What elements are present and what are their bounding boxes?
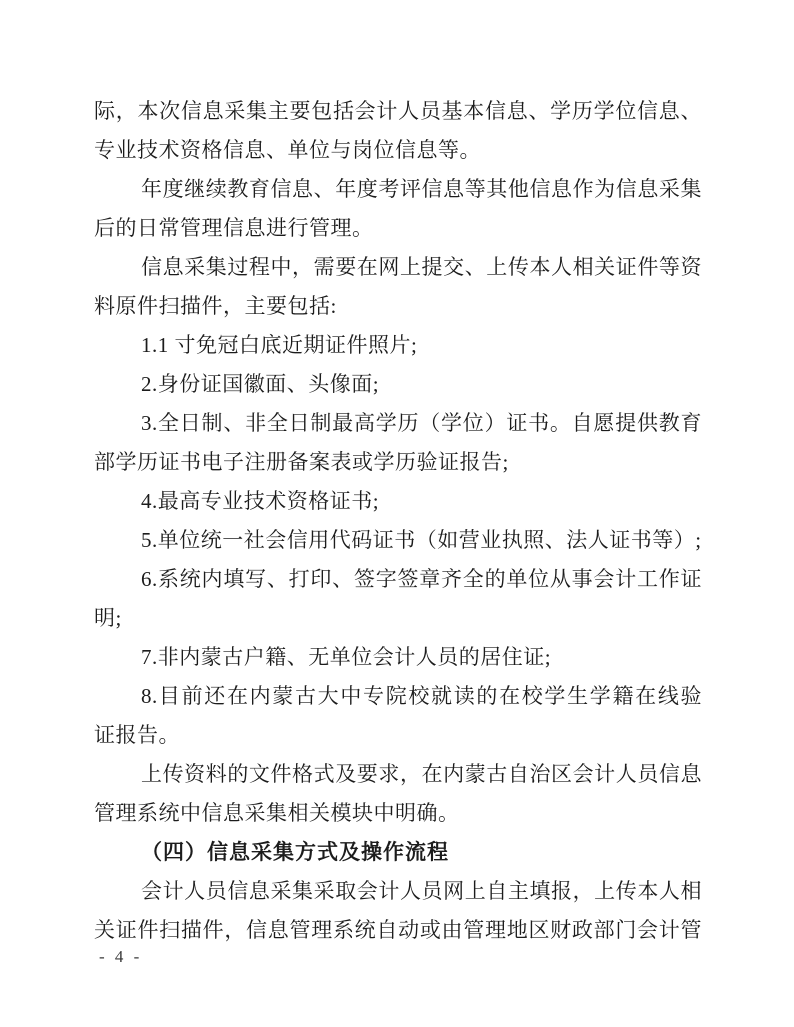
text-line: 信息采集过程中，需要在网上提交、上传本人相关证件等资 (94, 248, 702, 287)
list-item-8: 8.目前还在内蒙古大中专院校就读的在校学生学籍在线验 (94, 677, 702, 716)
text-line: 明; (94, 599, 702, 638)
text-line: 会计人员信息采集采取会计人员网上自主填报，上传本人相 (94, 872, 702, 911)
text-line: 年度继续教育信息、年度考评信息等其他信息作为信息采集 (94, 170, 702, 209)
list-item-1: 1.1 寸免冠白底近期证件照片; (94, 326, 702, 365)
list-item-5: 5.单位统一社会信用代码证书（如营业执照、法人证书等）; (94, 521, 702, 560)
text-line: 际，本次信息采集主要包括会计人员基本信息、学历学位信息、 (94, 92, 702, 131)
text-line: 证报告。 (94, 716, 702, 755)
text-line: 专业技术资格信息、单位与岗位信息等。 (94, 131, 702, 170)
text-line: 部学历证书电子注册备案表或学历验证报告; (94, 443, 702, 482)
list-item-2: 2.身份证国徽面、头像面; (94, 365, 702, 404)
text-line: 料原件扫描件，主要包括: (94, 287, 702, 326)
text-line: 管理系统中信息采集相关模块中明确。 (94, 794, 702, 833)
section-heading-4: （四）信息采集方式及操作流程 (94, 833, 702, 872)
list-item-4: 4.最高专业技术资格证书; (94, 482, 702, 521)
text-line: 关证件扫描件，信息管理系统自动或由管理地区财政部门会计管 (94, 911, 702, 950)
page-number: - 4 - (99, 944, 142, 970)
document-text-block: 际，本次信息采集主要包括会计人员基本信息、学历学位信息、 专业技术资格信息、单位… (94, 92, 702, 950)
text-line: 上传资料的文件格式及要求，在内蒙古自治区会计人员信息 (94, 755, 702, 794)
list-item-7: 7.非内蒙古户籍、无单位会计人员的居住证; (94, 638, 702, 677)
list-item-6: 6.系统内填写、打印、签字签章齐全的单位从事会计工作证 (94, 560, 702, 599)
text-line: 后的日常管理信息进行管理。 (94, 209, 702, 248)
document-page: 际，本次信息采集主要包括会计人员基本信息、学历学位信息、 专业技术资格信息、单位… (0, 0, 794, 1027)
list-item-3: 3.全日制、非全日制最高学历（学位）证书。自愿提供教育 (94, 404, 702, 443)
